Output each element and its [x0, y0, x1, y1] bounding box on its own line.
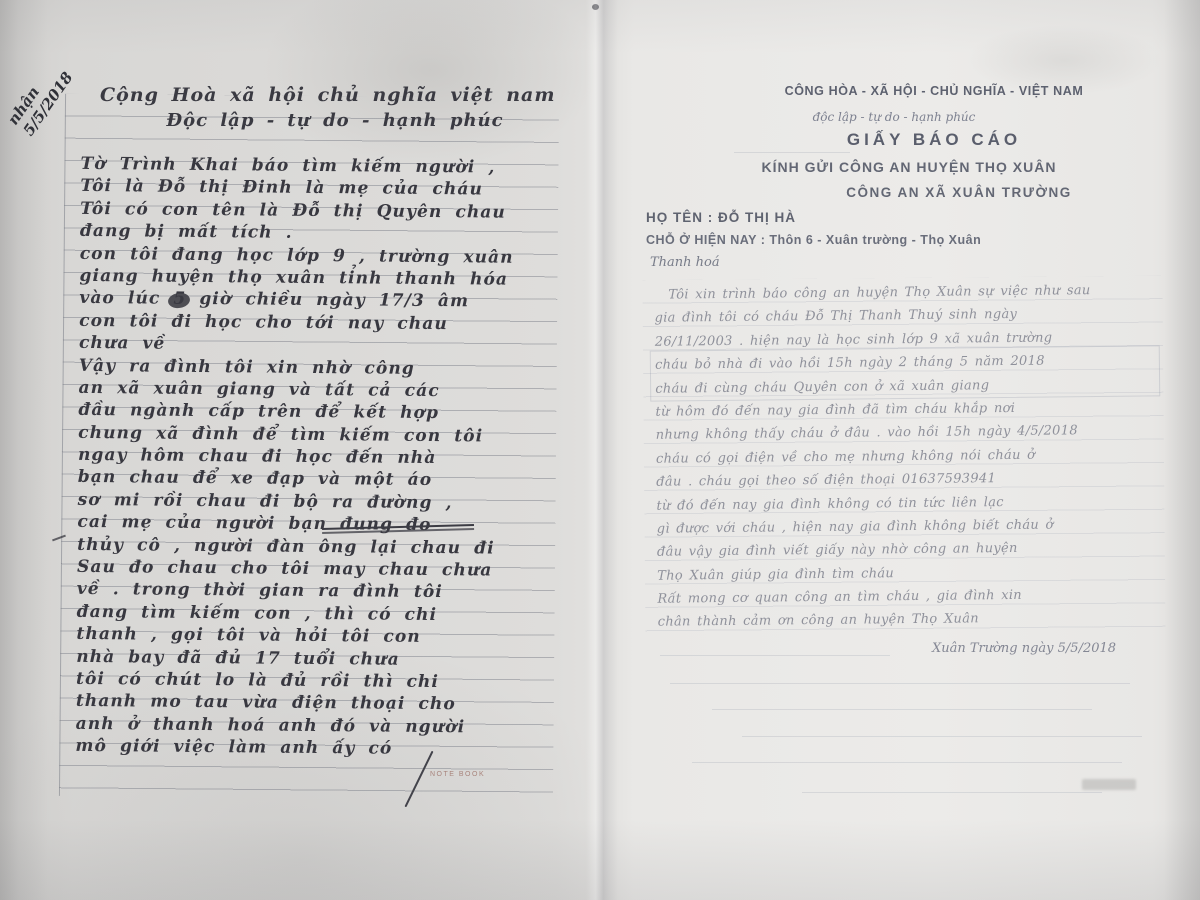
recipient-commune-police: CÔNG AN XÃ XUÂN TRƯỜNG [794, 185, 1124, 200]
faint-ruled-line [742, 736, 1142, 737]
reporter-address-line: CHỖ Ở HIỆN NAY : Thôn 6 - Xuân trường - … [646, 233, 981, 247]
left-heading-national-motto: Cộng Hoà xã hội chủ nghĩa việt nam [100, 84, 550, 106]
right-body-text: Tôi xin trình báo công an huyện Thọ Xuân… [654, 278, 1173, 634]
recipient-district-police: KÍNH GỬI CÔNG AN HUYỆN THỌ XUÂN [704, 159, 1114, 175]
faint-ruled-line [712, 709, 1092, 710]
faint-ruled-line [660, 655, 890, 656]
dark-speck [592, 4, 599, 10]
right-page-report: CÔNG HÒA - XÃ HỘI - CHỦ NGHĨA - VIỆT NAM… [604, 0, 1200, 900]
report-title: GIẤY BÁO CÁO [794, 130, 1074, 150]
reporter-address-province: Thanh hoá [650, 255, 720, 270]
faint-ruled-line [692, 762, 1122, 763]
faint-ruled-line [734, 152, 850, 153]
left-body-text: Tờ Trình Khai báo tìm kiếm người ,Tôi là… [75, 153, 558, 762]
faint-ruled-line [670, 683, 1130, 684]
left-heading-independence-motto: Độc lập - tự do - hạnh phúc [135, 110, 535, 131]
handwritten-line: mô giới việc làm anh ấy có [75, 735, 553, 762]
reporter-name-line: HỌ TÊN : ĐỖ THỊ HÀ [646, 210, 796, 225]
faint-ruled-line [802, 792, 1102, 793]
signature-date-line: Xuân Trường ngày 5/5/2018 [904, 641, 1144, 656]
right-heading-national-motto: CÔNG HÒA - XÃ HỘI - CHỦ NGHĨA - VIỆT NAM [744, 84, 1124, 98]
left-page-handwritten-letter: nhận 5/5/2018 Cộng Hoà xã hội chủ nghĩa … [0, 0, 604, 900]
margin-line [59, 94, 66, 796]
notebook-brand-print: NOTE BOOK [430, 771, 485, 778]
document-photo: nhận 5/5/2018 Cộng Hoà xã hội chủ nghĩa … [0, 0, 1200, 900]
right-heading-independence-motto: độc lập - tự do - hạnh phúc [744, 110, 1044, 124]
faint-print-mark [1082, 779, 1136, 790]
